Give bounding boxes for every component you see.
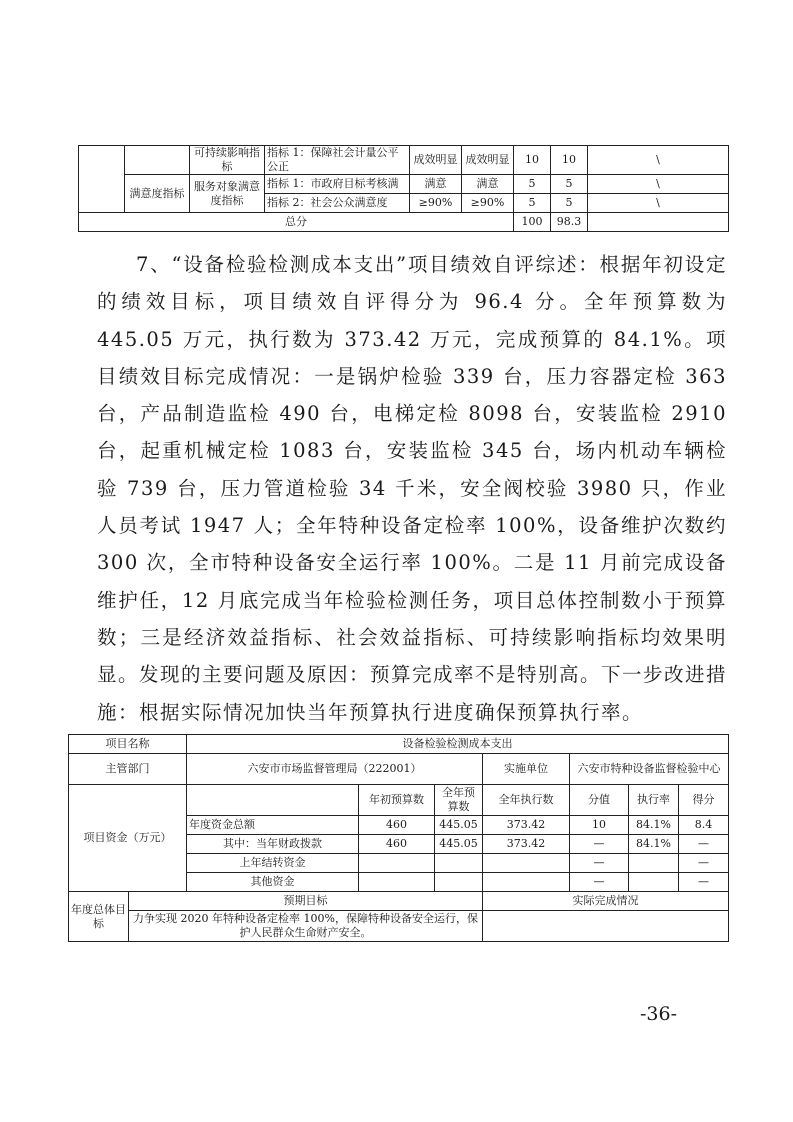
column-header: 分值	[570, 785, 629, 816]
indicator-name: 指标 1：保障社会计量公平公正	[265, 146, 410, 175]
indicator-name: 指标 2：社会公众满意度	[265, 194, 410, 213]
annual-budget: 445.05	[435, 835, 483, 854]
weight: 10	[570, 816, 629, 835]
table-row: 项目名称 设备检验检测成本支出	[69, 735, 729, 754]
initial-budget	[359, 873, 435, 892]
column-header	[187, 785, 359, 816]
column-header: 全年执行数	[483, 785, 570, 816]
weight: —	[570, 835, 629, 854]
project-name: 设备检验检测成本支出	[187, 735, 729, 754]
annual-budget: 445.05	[435, 816, 483, 835]
annual-budget	[435, 873, 483, 892]
execution-rate	[629, 854, 679, 873]
actual-completion-header: 实际完成情况	[483, 892, 729, 911]
score: 8.4	[679, 816, 729, 835]
row-label: 上年结转资金	[187, 854, 359, 873]
actual-value: 满意	[462, 175, 514, 194]
weight: —	[570, 854, 629, 873]
initial-budget: 460	[359, 835, 435, 854]
weight: —	[570, 873, 629, 892]
annual-budget	[435, 854, 483, 873]
executed-amount	[483, 873, 570, 892]
column-header: 年初预算数	[359, 785, 435, 816]
score-weight: 10	[514, 146, 551, 175]
total-score-weight: 100	[514, 213, 551, 232]
target-value: 成效明显	[410, 146, 462, 175]
score: —	[679, 835, 729, 854]
table-row: 可持续影响指标 指标 1：保障社会计量公平公正 成效明显 成效明显 10 10 …	[79, 146, 729, 175]
project-summary-paragraph: 7、“设备检验检测成本支出”项目绩效自评综述：根据年初设定的绩效目标，项目绩效自…	[97, 246, 727, 731]
subcategory-cell: 满意度指标	[125, 175, 190, 213]
column-header: 执行率	[629, 785, 679, 816]
project-budget-table: 项目名称 设备检验检测成本支出 主管部门 六安市市场监督管理局（222001） …	[68, 734, 729, 942]
actual-value: 成效明显	[462, 146, 514, 175]
score: 5	[551, 194, 588, 213]
row-label: 其他资金	[187, 873, 359, 892]
subcategory-cell	[125, 146, 190, 175]
table-row: 主管部门 六安市市场监督管理局（222001） 实施单位 六安市特种设备监督检验…	[69, 754, 729, 785]
expected-goal-header: 预期目标	[129, 892, 483, 911]
target-value: ≥90%	[410, 194, 462, 213]
project-name-label: 项目名称	[69, 735, 187, 754]
project-summary-section: 7、“设备检验检测成本支出”项目绩效自评综述：根据年初设定的绩效目标，项目绩效自…	[97, 246, 727, 731]
note: \	[588, 146, 729, 175]
total-label: 总分	[79, 213, 514, 232]
category-cell	[79, 146, 125, 213]
score: —	[679, 854, 729, 873]
score-weight: 5	[514, 175, 551, 194]
table-row: 满意度指标 服务对象满意度指标 指标 1：市政府目标考核满 满意 满意 5 5 …	[79, 175, 729, 194]
note: \	[588, 175, 729, 194]
indicator-type: 服务对象满意度指标	[190, 175, 265, 213]
execution-rate: 84.1%	[629, 816, 679, 835]
goal-label: 年度总体目标	[69, 892, 129, 942]
executed-amount: 373.42	[483, 835, 570, 854]
executed-amount	[483, 854, 570, 873]
score-weight: 5	[514, 194, 551, 213]
row-label: 其中：当年财政拨款	[187, 835, 359, 854]
executed-amount: 373.42	[483, 816, 570, 835]
table-header-row: 项目资金（万元） 年初预算数 全年预算数 全年执行数 分值 执行率 得分	[69, 785, 729, 816]
initial-budget: 460	[359, 816, 435, 835]
table-row: 年度总体目标 预期目标 实际完成情况	[69, 892, 729, 911]
total-score: 98.3	[551, 213, 588, 232]
note	[588, 213, 729, 232]
total-row: 总分 100 98.3	[79, 213, 729, 232]
score: 10	[551, 146, 588, 175]
score: 5	[551, 175, 588, 194]
target-value: 满意	[410, 175, 462, 194]
actual-completion	[483, 911, 729, 942]
impl-value: 六安市特种设备监督检验中心	[570, 754, 729, 785]
indicator-name: 指标 1：市政府目标考核满	[265, 175, 410, 194]
column-header: 全年预算数	[435, 785, 483, 816]
row-label: 年度资金总额	[187, 816, 359, 835]
table-row: 力争实现 2020 年特种设备定检率 100%，保障特种设备安全运行，保护人民群…	[69, 911, 729, 942]
initial-budget	[359, 854, 435, 873]
performance-indicator-table-continued: 可持续影响指标 指标 1：保障社会计量公平公正 成效明显 成效明显 10 10 …	[78, 145, 729, 232]
funds-label: 项目资金（万元）	[69, 785, 187, 892]
score: —	[679, 873, 729, 892]
page-number: -36-	[640, 1003, 677, 1025]
dept-label: 主管部门	[69, 754, 187, 785]
expected-goal: 力争实现 2020 年特种设备定检率 100%，保障特种设备安全运行，保护人民群…	[129, 911, 483, 942]
actual-value: ≥90%	[462, 194, 514, 213]
dept-value: 六安市市场监督管理局（222001）	[187, 754, 483, 785]
column-header: 得分	[679, 785, 729, 816]
execution-rate: 84.1%	[629, 835, 679, 854]
execution-rate	[629, 873, 679, 892]
impl-label: 实施单位	[483, 754, 570, 785]
note: \	[588, 194, 729, 213]
indicator-type: 可持续影响指标	[190, 146, 265, 175]
